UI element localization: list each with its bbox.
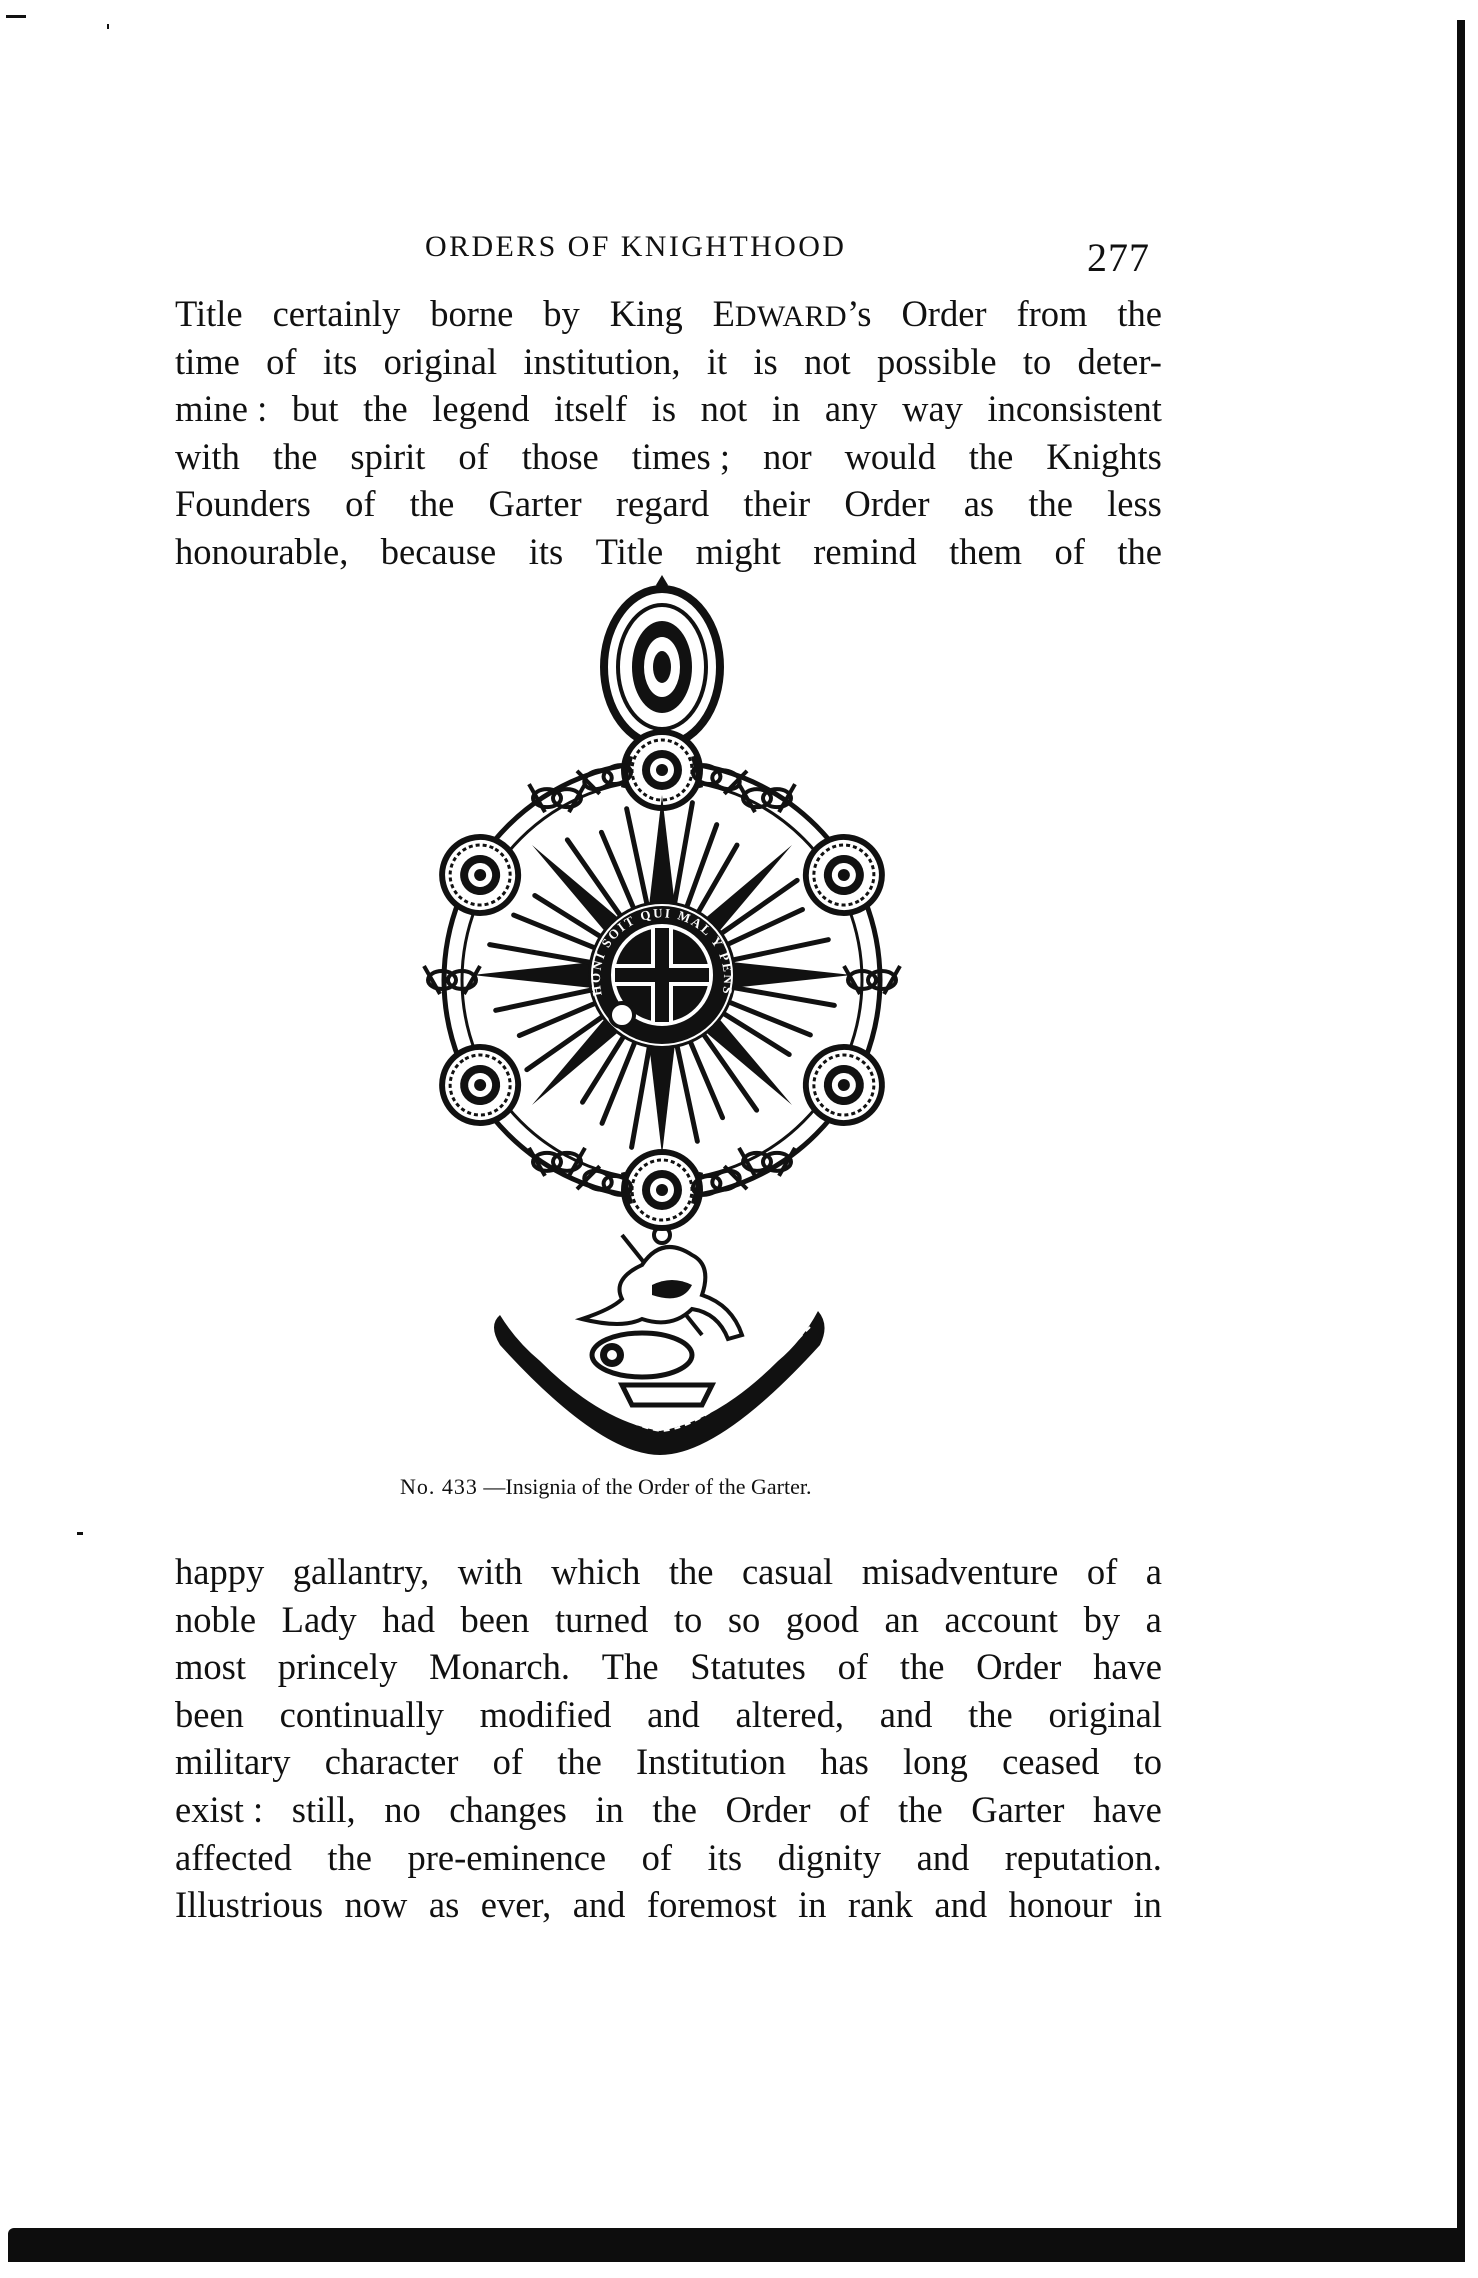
word: casual [742,1548,833,1596]
word: dignity [778,1834,881,1882]
word: itself [554,385,627,433]
word: times ; [632,433,730,481]
word: which [551,1548,640,1596]
word: the [273,433,318,481]
word: modified [480,1691,612,1739]
word: any [825,385,878,433]
word: is [753,338,777,386]
text-line: beencontinuallymodifiedandaltered,andthe… [175,1691,1162,1739]
word: deter- [1078,338,1162,386]
word: have [1093,1786,1162,1834]
text-line: FoundersoftheGarterregardtheirOrderasthe… [175,480,1162,528]
word: as [964,480,994,528]
word: still, [292,1786,356,1834]
word: by [543,290,580,341]
text-line: exist :still,nochangesintheOrderoftheGar… [175,1786,1162,1834]
word: of [1087,1548,1117,1596]
word: way [902,385,963,433]
word: but [292,385,339,433]
word: those [522,433,599,481]
word: good [786,1596,859,1644]
word: of [493,1738,523,1786]
word: had [382,1596,435,1644]
word: Order [844,480,929,528]
top-oval-badge [604,575,720,745]
word: Order [901,290,986,341]
word: Founders [175,480,311,528]
word: changes [449,1786,567,1834]
word: not [701,385,748,433]
text-line: nobleLadyhadbeenturnedtosogoodanaccountb… [175,1596,1162,1644]
word: been [175,1691,244,1739]
word: Knights [1046,433,1162,481]
figure-number: No. 433 [400,1474,478,1499]
word: the [1028,480,1073,528]
text-line: timeofitsoriginalinstitution,itisnotposs… [175,338,1162,386]
word: an [884,1596,918,1644]
word: would [845,433,936,481]
garter-insignia-figure: HONI SOIT QUI MAL Y PENSE [400,575,940,1465]
word: and [647,1691,700,1739]
word: the [410,480,455,528]
word: with [175,433,240,481]
word: the [898,1786,943,1834]
scan-bottom-edge [8,2228,1465,2262]
word: Garter [971,1786,1064,1834]
word: Monarch. [429,1643,570,1691]
word: character [325,1738,459,1786]
word: continually [280,1691,444,1739]
word: with [458,1548,523,1596]
word: altered, [736,1691,844,1739]
paragraph-2: happygallantry,withwhichthecasualmisadve… [175,1548,1162,1929]
word: certainly [273,290,401,341]
word: because [381,528,497,576]
word: a [1146,1596,1162,1644]
word: of [642,1834,672,1882]
text-line: TitlecertainlybornebyKingEDWARD’sOrderfr… [175,290,1162,338]
word: of [266,338,296,386]
word: time [175,338,240,386]
word: the [1117,528,1162,576]
word: and [573,1881,626,1929]
word: now [345,1881,408,1929]
word: from [1017,290,1088,341]
word: remind [813,528,916,576]
word: the [669,1548,714,1596]
figure-caption-text: —Insignia of the Order of the Garter. [483,1474,811,1499]
running-title: ORDERS OF KNIGHTHOOD [425,230,846,264]
word: Order [976,1643,1061,1691]
text-line: happygallantry,withwhichthecasualmisadve… [175,1548,1162,1596]
text-line: withthespiritofthosetimes ;norwouldtheKn… [175,433,1162,481]
word: Institution [636,1738,786,1786]
word: regard [616,480,709,528]
word: a [1146,1548,1162,1596]
page-number: 277 [1087,234,1150,281]
word: Lady [282,1596,357,1644]
word: turned [555,1596,648,1644]
word: might [696,528,781,576]
scan-speck-top-left [6,15,26,18]
word: spirit [350,433,425,481]
figure-caption: No. 433 —Insignia of the Order of the Ga… [400,1474,940,1500]
word: in [1133,1881,1161,1929]
word: ceased [1002,1738,1099,1786]
word: Title [175,290,243,341]
word: and [917,1834,970,1882]
word: the [1117,290,1162,341]
word: King [610,290,683,341]
word: foremost [647,1881,777,1929]
word: by [1084,1596,1121,1644]
word: of [345,480,375,528]
paragraph-1: TitlecertainlybornebyKingEDWARD’sOrderfr… [175,290,1162,576]
word: Title [596,528,664,576]
word: Illustrious [175,1881,323,1929]
word: Statutes [690,1643,806,1691]
word: misadventure [862,1548,1059,1596]
word: in [798,1881,826,1929]
word: has [820,1738,869,1786]
text-line: militarycharacteroftheInstitutionhaslong… [175,1738,1162,1786]
word: long [903,1738,968,1786]
word: happy [175,1548,264,1596]
word: not [804,338,851,386]
word: the [900,1643,945,1691]
text-line: affectedthepre-eminenceofitsdignityandre… [175,1834,1162,1882]
word: military [175,1738,291,1786]
word: ever, [481,1881,551,1929]
text-line: Illustriousnowasever,andforemostinrankan… [175,1881,1162,1929]
word: it [707,338,727,386]
word: Order [725,1786,810,1834]
word: the [969,433,1014,481]
text-line: honourable,becauseitsTitlemightremindthe… [175,528,1162,576]
word: of [839,1786,869,1834]
scan-right-edge [1457,20,1465,2235]
word: nor [763,433,812,481]
word: EDWARD’s [713,290,872,341]
word: institution, [523,338,680,386]
word: affected [175,1834,292,1882]
word: of [838,1643,868,1691]
word: so [728,1596,760,1644]
word: the [652,1786,697,1834]
text-line: mine :butthelegenditselfisnotinanywayinc… [175,385,1162,433]
word: them [949,528,1022,576]
word: less [1107,480,1162,528]
word: in [595,1786,623,1834]
word: honourable, [175,528,348,576]
word: honour [1009,1881,1112,1929]
word: mine : [175,385,267,433]
word: most [175,1643,246,1691]
word: Garter [488,480,581,528]
word: and [934,1881,987,1929]
lesser-george-pendant [582,1227,742,1405]
word: the [557,1738,602,1786]
word: the [968,1691,1013,1739]
word: exist : [175,1786,263,1834]
word: pre-eminence [408,1834,607,1882]
word: to [674,1596,702,1644]
scan-speck-left [77,1532,83,1535]
word: borne [430,290,513,341]
word: in [772,385,800,433]
word: reputation. [1005,1834,1162,1882]
word: to [1023,338,1051,386]
word: and [880,1691,933,1739]
garter-star: HONI SOIT QUI MAL Y PENSE [472,795,852,1155]
running-head: ORDERS OF KNIGHTHOOD 277 [175,230,1162,266]
word: its [708,1834,743,1882]
word: account [944,1596,1058,1644]
word: its [529,528,564,576]
word: rank [848,1881,913,1929]
word: The [602,1643,659,1691]
word: princely [278,1643,398,1691]
text-line: mostprincelyMonarch.TheStatutesoftheOrde… [175,1643,1162,1691]
word: legend [432,385,529,433]
word: original [1048,1691,1162,1739]
word: inconsistent [988,385,1162,433]
word: as [429,1881,459,1929]
word: their [743,480,810,528]
word: noble [175,1596,256,1644]
word: the [363,385,408,433]
garter-insignia-illustration: HONI SOIT QUI MAL Y PENSE [400,575,940,1465]
scan-speck-top [107,24,109,29]
word: gallantry, [293,1548,429,1596]
word: of [1055,528,1085,576]
word: no [384,1786,421,1834]
word: have [1093,1643,1162,1691]
word: possible [877,338,997,386]
word: the [327,1834,372,1882]
word: is [652,385,676,433]
word: to [1134,1738,1162,1786]
word: its [323,338,358,386]
word: of [458,433,488,481]
word: been [461,1596,530,1644]
word: original [384,338,498,386]
